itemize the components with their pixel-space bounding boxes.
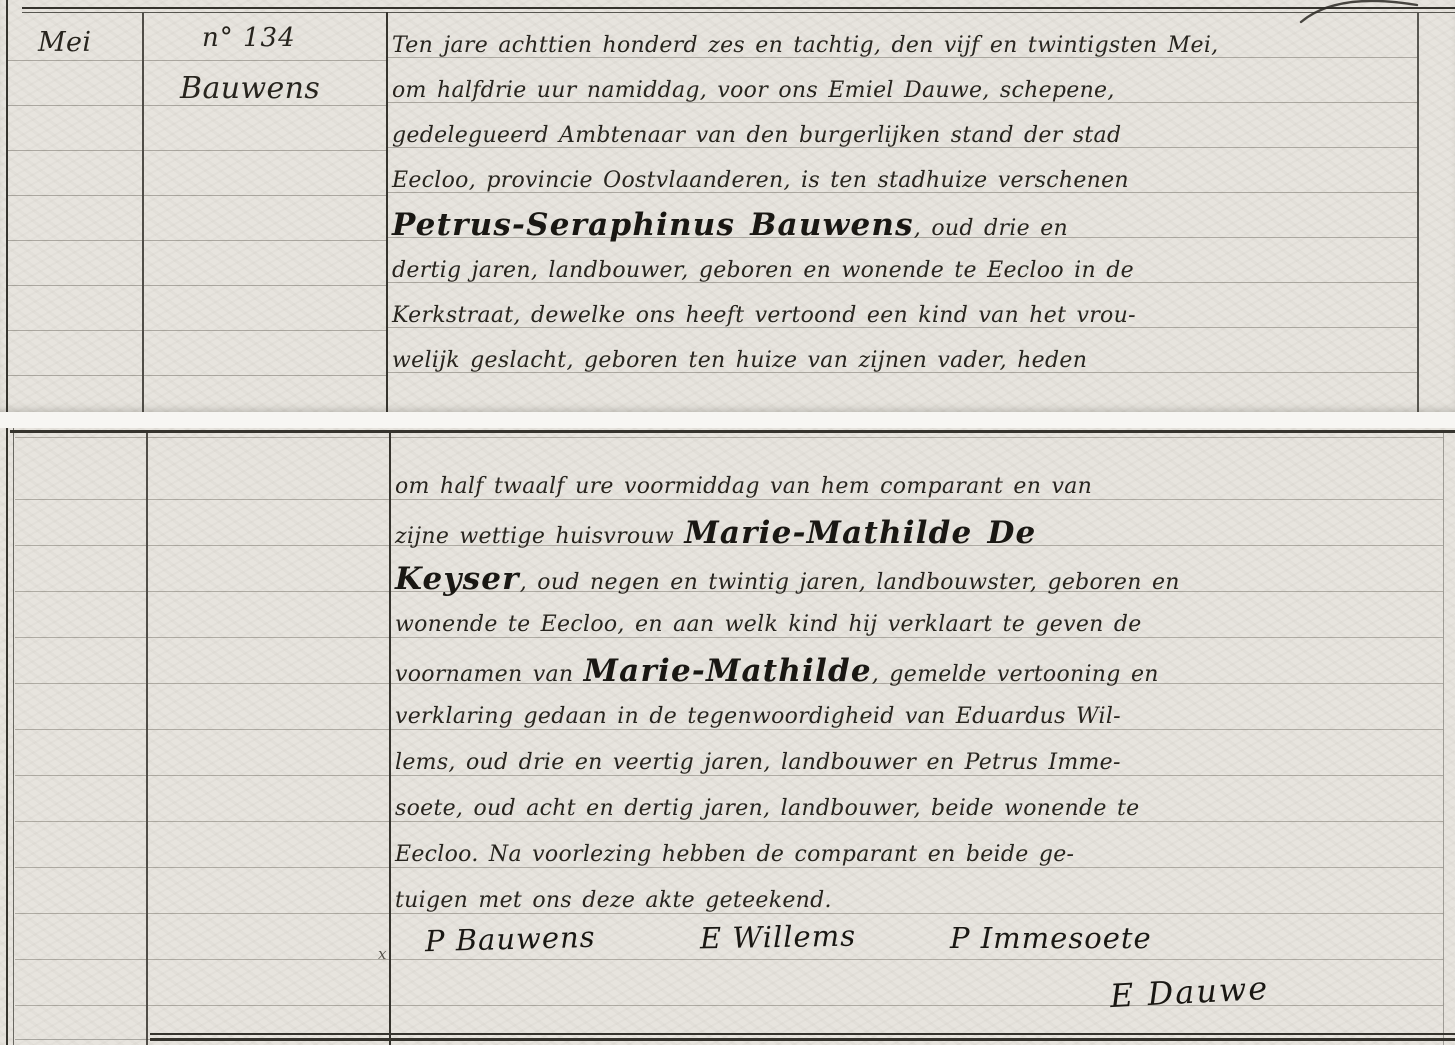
handwriting-text: , oud negen en twintig jaren, landbouwst… [520, 570, 1180, 595]
handwritten-line: soete, oud acht en dertig jaren, landbou… [391, 786, 1443, 832]
handwriting-text: Eecloo, provincie Oostvlaanderen, is ten… [392, 168, 1129, 193]
handwriting-text: , oud drie en [914, 216, 1068, 241]
person-name-text: Petrus-Seraphinus Bauwens [392, 207, 914, 243]
handwriting-text: , gemelde vertooning en [872, 662, 1159, 687]
handwritten-line: Ten jare achttien honderd zes en tachtig… [388, 23, 1417, 68]
handwritten-line: Keyser, oud negen en twintig jaren, land… [391, 556, 1443, 602]
handwriting-text: om halfdrie uur namiddag, voor ons Emiel… [392, 78, 1115, 103]
act-number-column-empty [148, 431, 389, 1045]
register-entry-top: Mei n° 134 Bauwens Ten jare achttien hon… [0, 0, 1455, 412]
handwritten-line: gedelegueerd Ambtenaar van den burgerlij… [388, 113, 1417, 158]
signature-official-dauwe: E Dauwe [1109, 972, 1270, 1012]
person-name-text: Marie-Mathilde De [684, 515, 1036, 551]
register-page: Mei n° 134 Bauwens Ten jare achttien hon… [0, 0, 1455, 1045]
act-number-column: n° 134 Bauwens [144, 13, 386, 412]
table-border-line [1443, 431, 1444, 1045]
month-column-empty [15, 431, 146, 1045]
handwriting-text: gedelegueerd Ambtenaar van den burgerlij… [392, 123, 1121, 148]
table-border-line [22, 7, 1455, 9]
handwritten-line: Kerkstraat, dewelke ons heeft vertoond e… [388, 293, 1417, 338]
table-border-line [6, 428, 8, 1045]
table-border-line [150, 1038, 1455, 1041]
person-name-text: Keyser [395, 561, 520, 597]
scan-gap [0, 412, 1455, 428]
act-surname: Bauwens [180, 71, 320, 106]
table-border-line [13, 428, 14, 1045]
register-entry-bottom: om half twaalf ure voormiddag van hem co… [0, 428, 1455, 1045]
handwriting-text: Eecloo. Na voorlezing hebben de comparan… [395, 842, 1074, 867]
handwriting-text: wonende te Eecloo, en aan welk kind hij … [395, 612, 1142, 637]
handwriting-text: verklaring gedaan in de tegenwoordigheid… [395, 704, 1121, 729]
handwriting-text: zijne wettige huisvrouw [395, 524, 684, 549]
act-text-lines-top: Ten jare achttien honderd zes en tachtig… [388, 23, 1417, 383]
handwriting-text: om half twaalf ure voormiddag van hem co… [395, 474, 1092, 499]
handwriting-text: soete, oud acht en dertig jaren, landbou… [395, 796, 1139, 821]
act-number: n° 134 [202, 23, 296, 53]
handwritten-line: om half twaalf ure voormiddag van hem co… [391, 464, 1443, 510]
handwriting-text: lems, oud drie en veertig jaren, landbou… [395, 750, 1121, 775]
handwritten-line: Eecloo. Na voorlezing hebben de comparan… [391, 832, 1443, 878]
handwritten-line: verklaring gedaan in de tegenwoordigheid… [391, 694, 1443, 740]
handwritten-line: om halfdrie uur namiddag, voor ons Emiel… [388, 68, 1417, 113]
handwriting-text: Kerkstraat, dewelke ons heeft vertoond e… [392, 303, 1136, 328]
handwritten-line: Petrus-Seraphinus Bauwens, oud drie en [388, 203, 1417, 248]
table-border-line [1417, 13, 1419, 412]
signature-willems: E Willems [700, 922, 857, 954]
handwritten-line: Eecloo, provincie Oostvlaanderen, is ten… [388, 158, 1417, 203]
handwritten-line: dertig jaren, landbouwer, geboren en won… [388, 248, 1417, 293]
witness-mark: x [378, 945, 386, 963]
month-column: Mei [8, 13, 142, 412]
handwriting-text: welijk geslacht, geboren ten huize van z… [392, 348, 1087, 373]
handwriting-text: Ten jare achttien honderd zes en tachtig… [392, 33, 1218, 58]
handwritten-line: wonende te Eecloo, en aan welk kind hij … [391, 602, 1443, 648]
handwritten-line: welijk geslacht, geboren ten huize van z… [388, 338, 1417, 383]
table-border-line [15, 1039, 150, 1040]
handwritten-line: zijne wettige huisvrouw Marie-Mathilde D… [391, 510, 1443, 556]
table-border-line [150, 1033, 1455, 1035]
act-text-column-top: Ten jare achttien honderd zes en tachtig… [388, 13, 1417, 412]
handwritten-line: voornamen van Marie-Mathilde, gemelde ve… [391, 648, 1443, 694]
person-name-text: Marie-Mathilde [584, 653, 872, 689]
handwritten-line: tuigen met ons deze akte geteekend. [391, 878, 1443, 924]
month-label: Mei [38, 27, 91, 58]
signature-bauwens: P Bauwens [425, 923, 596, 956]
signature-immesoete: P Immesoete [950, 924, 1152, 953]
handwriting-text: dertig jaren, landbouwer, geboren en won… [392, 258, 1134, 283]
handwritten-line: lems, oud drie en veertig jaren, landbou… [391, 740, 1443, 786]
act-text-lines-bottom: om half twaalf ure voormiddag van hem co… [391, 464, 1443, 924]
handwriting-text: tuigen met ons deze akte geteekend. [395, 888, 832, 913]
handwriting-text: voornamen van [395, 662, 584, 687]
